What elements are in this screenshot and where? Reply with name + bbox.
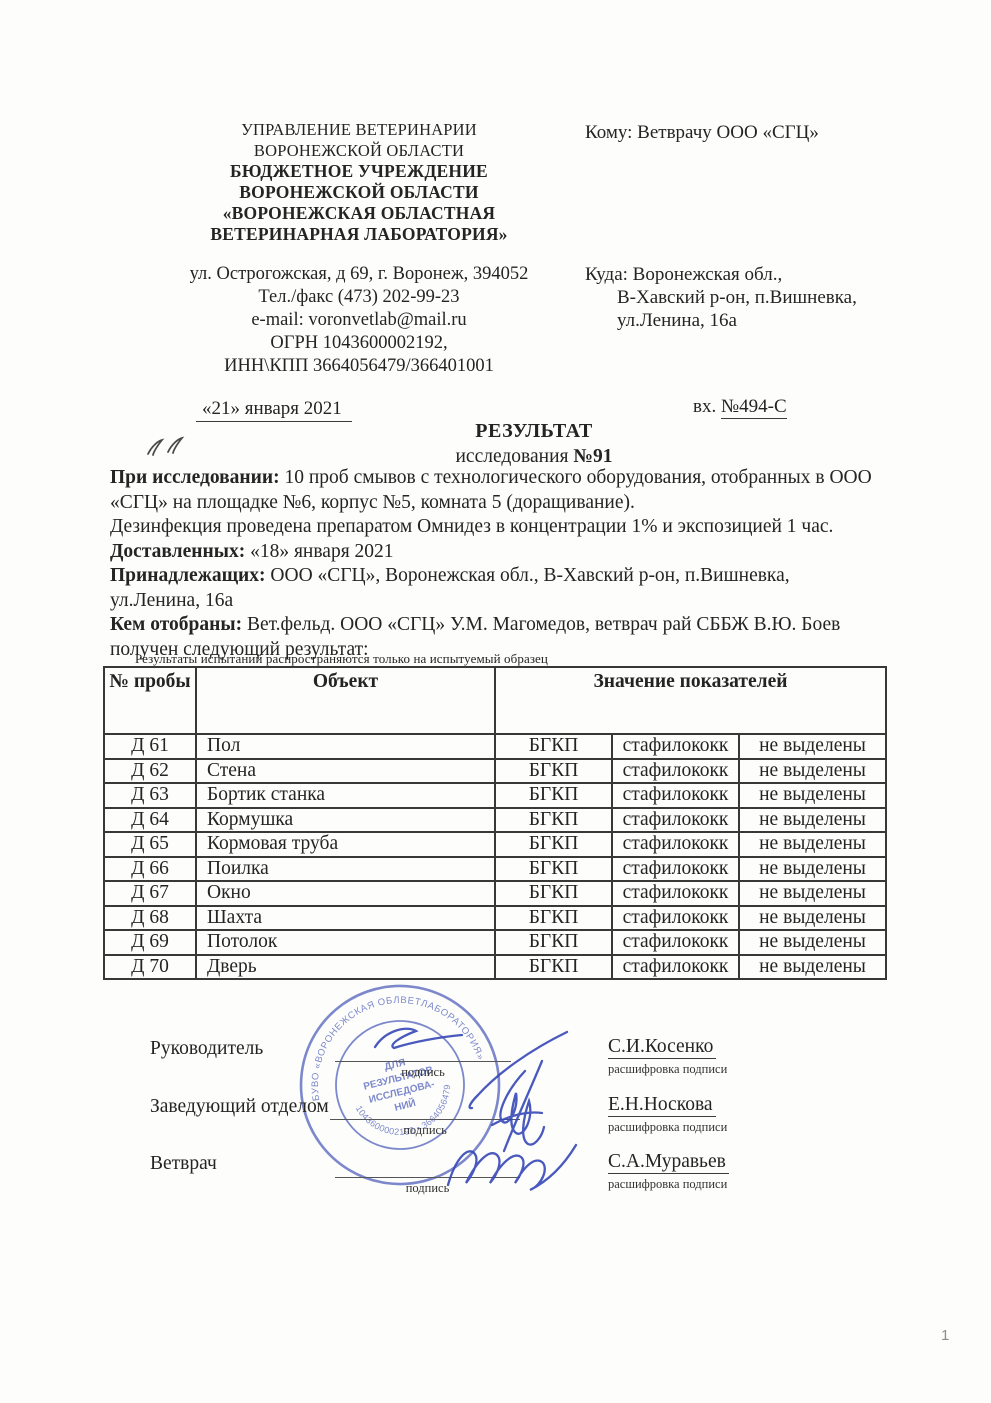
round-stamp: БУВО «ВОРОНЕЖСКАЯ ОБЛВЕТЛАБОРАТОРИЯ» 104… xyxy=(293,978,507,1192)
object-cell: Дверь xyxy=(196,955,495,980)
sample-id-cell: Д 66 xyxy=(104,857,196,882)
paragraph-line: Принадлежащих: ООО «СГЦ», Воронежская об… xyxy=(110,564,962,589)
sample-id-cell: Д 65 xyxy=(104,832,196,857)
header-values: Значение показателей xyxy=(495,667,886,734)
sample-id-cell: Д 64 xyxy=(104,808,196,833)
test2-cell: стафилококк xyxy=(612,906,739,931)
signature-name-caption: расшифровка подписи xyxy=(608,1062,727,1077)
recipient-address-line: ул.Ленина, 16а xyxy=(585,309,857,332)
test1-cell: БГКП xyxy=(495,906,612,931)
recipient-address: Куда: Воронежская обл., В-Хавский р-он, … xyxy=(585,263,857,332)
sample-id-cell: Д 67 xyxy=(104,881,196,906)
test2-cell: стафилококк xyxy=(612,930,739,955)
letterhead-address: ул. Острогожская, д 69, г. Воронеж, 3940… xyxy=(150,263,568,286)
object-cell: Стена xyxy=(196,759,495,784)
signature-line xyxy=(335,1061,511,1062)
sample-id-cell: Д 62 xyxy=(104,759,196,784)
test2-cell: стафилококк xyxy=(612,881,739,906)
signature-caption: подпись xyxy=(330,1123,520,1138)
paragraph-line: ул.Ленина, 16а xyxy=(110,589,962,614)
table-row: Д 64КормушкаБГКПстафилококкне выделены xyxy=(104,808,886,833)
signature-role: Руководитель xyxy=(150,1038,263,1060)
test1-cell: БГКП xyxy=(495,930,612,955)
letterhead-org-line: ВОРОНЕЖСКОЙ ОБЛАСТИ xyxy=(150,182,568,203)
paragraph-line: Дезинфекция проведена препаратом Омнидез… xyxy=(110,515,962,540)
incoming-number: вх. №494-С xyxy=(693,396,787,418)
table-row: Д 70ДверьБГКПстафилококкне выделены xyxy=(104,955,886,980)
result-cell: не выделены xyxy=(739,857,886,882)
test1-cell: БГКП xyxy=(495,955,612,980)
table-row: Д 69ПотолокБГКПстафилококкне выделены xyxy=(104,930,886,955)
result-cell: не выделены xyxy=(739,808,886,833)
signature-scribble xyxy=(375,1029,462,1048)
incoming-number-value: №494-С xyxy=(721,396,787,419)
table-row: Д 65Кормовая трубаБГКПстафилококкне выде… xyxy=(104,832,886,857)
table-row: Д 61ПолБГКПстафилококкне выделены xyxy=(104,734,886,759)
results-table: № пробы Объект Значение показателей Д 61… xyxy=(103,666,887,980)
paragraph-text: ООО «СГЦ», Воронежская обл., В-Хавский р… xyxy=(266,565,790,586)
header-sample-number: № пробы xyxy=(104,667,196,734)
paragraph-label: Доставленных: xyxy=(110,541,245,562)
table-row: Д 63Бортик станкаБГКПстафилококкне выдел… xyxy=(104,783,886,808)
recipient-address-line: Куда: Воронежская обл., xyxy=(585,263,857,286)
letterhead-ogrn: ОГРН 1043600002192, xyxy=(150,332,568,355)
disclaimer-text: Результаты испытаний распространяются то… xyxy=(135,651,548,667)
letterhead-dept-line: УПРАВЛЕНИЕ ВЕТЕРИНАРИИ xyxy=(150,119,568,140)
result-cell: не выделены xyxy=(739,734,886,759)
table-row: Д 67ОкноБГКПстафилококкне выделены xyxy=(104,881,886,906)
page-title: РЕЗУЛЬТАТ xyxy=(110,420,958,443)
paragraph-label: Кем отобраны: xyxy=(110,614,242,635)
result-cell: не выделены xyxy=(739,759,886,784)
signature-name: С.А.Муравьев xyxy=(608,1151,729,1174)
body-text: При исследовании: 10 проб смывов с техно… xyxy=(110,466,962,662)
letterhead-dept-line: ВОРОНЕЖСКОЙ ОБЛАСТИ xyxy=(150,140,568,161)
signature-name: С.И.Косенко xyxy=(608,1036,716,1059)
signature-role: Ветврач xyxy=(150,1153,217,1175)
svg-text:БУВО «ВОРОНЕЖСКАЯ ОБЛВЕТЛАБОРА: БУВО «ВОРОНЕЖСКАЯ ОБЛВЕТЛАБОРАТОРИЯ» xyxy=(293,978,486,1103)
test1-cell: БГКП xyxy=(495,759,612,784)
sample-id-cell: Д 61 xyxy=(104,734,196,759)
paragraph-label: Принадлежащих: xyxy=(110,565,266,586)
document-page: УПРАВЛЕНИЕ ВЕТЕРИНАРИИ ВОРОНЕЖСКОЙ ОБЛАС… xyxy=(0,0,991,1403)
letterhead-inn-kpp: ИНН\КПП 3664056479/366401001 xyxy=(150,355,568,378)
signature-name: Е.Н.Носкова xyxy=(608,1094,716,1117)
object-cell: Потолок xyxy=(196,930,495,955)
test2-cell: стафилококк xyxy=(612,832,739,857)
test2-cell: стафилококк xyxy=(612,808,739,833)
signature-name-caption: расшифровка подписи xyxy=(608,1177,727,1192)
table-row: Д 62СтенаБГКПстафилококкне выделены xyxy=(104,759,886,784)
paragraph-text: 10 проб смывов с технологического оборуд… xyxy=(280,467,872,488)
object-cell: Кормушка xyxy=(196,808,495,833)
object-cell: Окно xyxy=(196,881,495,906)
letterhead-email: e-mail: voronvetlab@mail.ru xyxy=(150,309,568,332)
table-header-row: № пробы Объект Значение показателей xyxy=(104,667,886,734)
paragraph-text: Вет.фельд. ООО «СГЦ» У.М. Магомедов, вет… xyxy=(242,614,840,635)
paragraph-label: При исследовании: xyxy=(110,467,280,488)
stamp-center-line: НИЙ xyxy=(393,1096,417,1114)
sample-id-cell: Д 63 xyxy=(104,783,196,808)
test2-cell: стафилококк xyxy=(612,955,739,980)
letterhead-org-line: ВЕТЕРИНАРНАЯ ЛАБОРАТОРИЯ» xyxy=(150,224,568,245)
stamp-graphic: БУВО «ВОРОНЕЖСКАЯ ОБЛВЕТЛАБОРАТОРИЯ» 104… xyxy=(293,978,507,1192)
test1-cell: БГКП xyxy=(495,783,612,808)
header-object: Объект xyxy=(196,667,495,734)
object-cell: Шахта xyxy=(196,906,495,931)
test1-cell: БГКП xyxy=(495,734,612,759)
signature-name-caption: расшифровка подписи xyxy=(608,1120,727,1135)
object-cell: Пол xyxy=(196,734,495,759)
study-number: №91 xyxy=(573,446,612,467)
subtitle-prefix: исследования xyxy=(456,446,574,467)
result-cell: не выделены xyxy=(739,783,886,808)
test1-cell: БГКП xyxy=(495,808,612,833)
result-cell: не выделены xyxy=(739,881,886,906)
test1-cell: БГКП xyxy=(495,832,612,857)
recipient-address-line: В-Хавский р-он, п.Вишневка, xyxy=(585,286,857,309)
page-number: 1 xyxy=(941,1327,949,1344)
test2-cell: стафилококк xyxy=(612,857,739,882)
incoming-number-label: вх. xyxy=(693,396,721,417)
paragraph-line: Доставленных: «18» января 2021 xyxy=(110,540,962,565)
test1-cell: БГКП xyxy=(495,857,612,882)
recipient-to: Кому: Ветврачу ООО «СГЦ» xyxy=(585,122,819,144)
paragraph-line: «СГЦ» на площадке №6, корпус №5, комната… xyxy=(110,491,962,516)
page-subtitle: исследования №91 xyxy=(110,446,958,468)
result-cell: не выделены xyxy=(739,955,886,980)
letterhead: УПРАВЛЕНИЕ ВЕТЕРИНАРИИ ВОРОНЕЖСКОЙ ОБЛАС… xyxy=(150,119,568,245)
signature-caption: подпись xyxy=(335,1065,511,1080)
result-cell: не выделены xyxy=(739,832,886,857)
signature-line xyxy=(335,1177,520,1178)
handwritten-signatures xyxy=(320,1005,600,1205)
paragraph-line: При исследовании: 10 проб смывов с техно… xyxy=(110,466,962,491)
test1-cell: БГКП xyxy=(495,881,612,906)
signature-role: Заведующий отделом xyxy=(150,1096,329,1118)
table-row: Д 66ПоилкаБГКПстафилококкне выделены xyxy=(104,857,886,882)
stamp-center-line: ИССЛЕДОВА- xyxy=(368,1079,436,1106)
paragraph-line: Кем отобраны: Вет.фельд. ООО «СГЦ» У.М. … xyxy=(110,613,962,638)
signature-line xyxy=(330,1119,520,1120)
object-cell: Бортик станка xyxy=(196,783,495,808)
result-cell: не выделены xyxy=(739,930,886,955)
document-date: «21» января 2021 xyxy=(196,398,352,422)
table-row: Д 68ШахтаБГКПстафилококкне выделены xyxy=(104,906,886,931)
letterhead-contacts: ул. Острогожская, д 69, г. Воронеж, 3940… xyxy=(150,263,568,378)
sample-id-cell: Д 70 xyxy=(104,955,196,980)
sample-id-cell: Д 68 xyxy=(104,906,196,931)
test2-cell: стафилококк xyxy=(612,783,739,808)
result-cell: не выделены xyxy=(739,906,886,931)
object-cell: Кормовая труба xyxy=(196,832,495,857)
test2-cell: стафилококк xyxy=(612,759,739,784)
letterhead-org-line: «ВОРОНЕЖСКАЯ ОБЛАСТНАЯ xyxy=(150,203,568,224)
paragraph-text: «18» января 2021 xyxy=(245,541,393,562)
signature-caption: подпись xyxy=(335,1181,520,1196)
test2-cell: стафилококк xyxy=(612,734,739,759)
letterhead-phone: Тел./факс (473) 202-99-23 xyxy=(150,286,568,309)
object-cell: Поилка xyxy=(196,857,495,882)
sample-id-cell: Д 69 xyxy=(104,930,196,955)
letterhead-org-line: БЮДЖЕТНОЕ УЧРЕЖДЕНИЕ xyxy=(150,161,568,182)
stamp-ring-text: БУВО «ВОРОНЕЖСКАЯ ОБЛВЕТЛАБОРАТОРИЯ» xyxy=(293,978,486,1103)
